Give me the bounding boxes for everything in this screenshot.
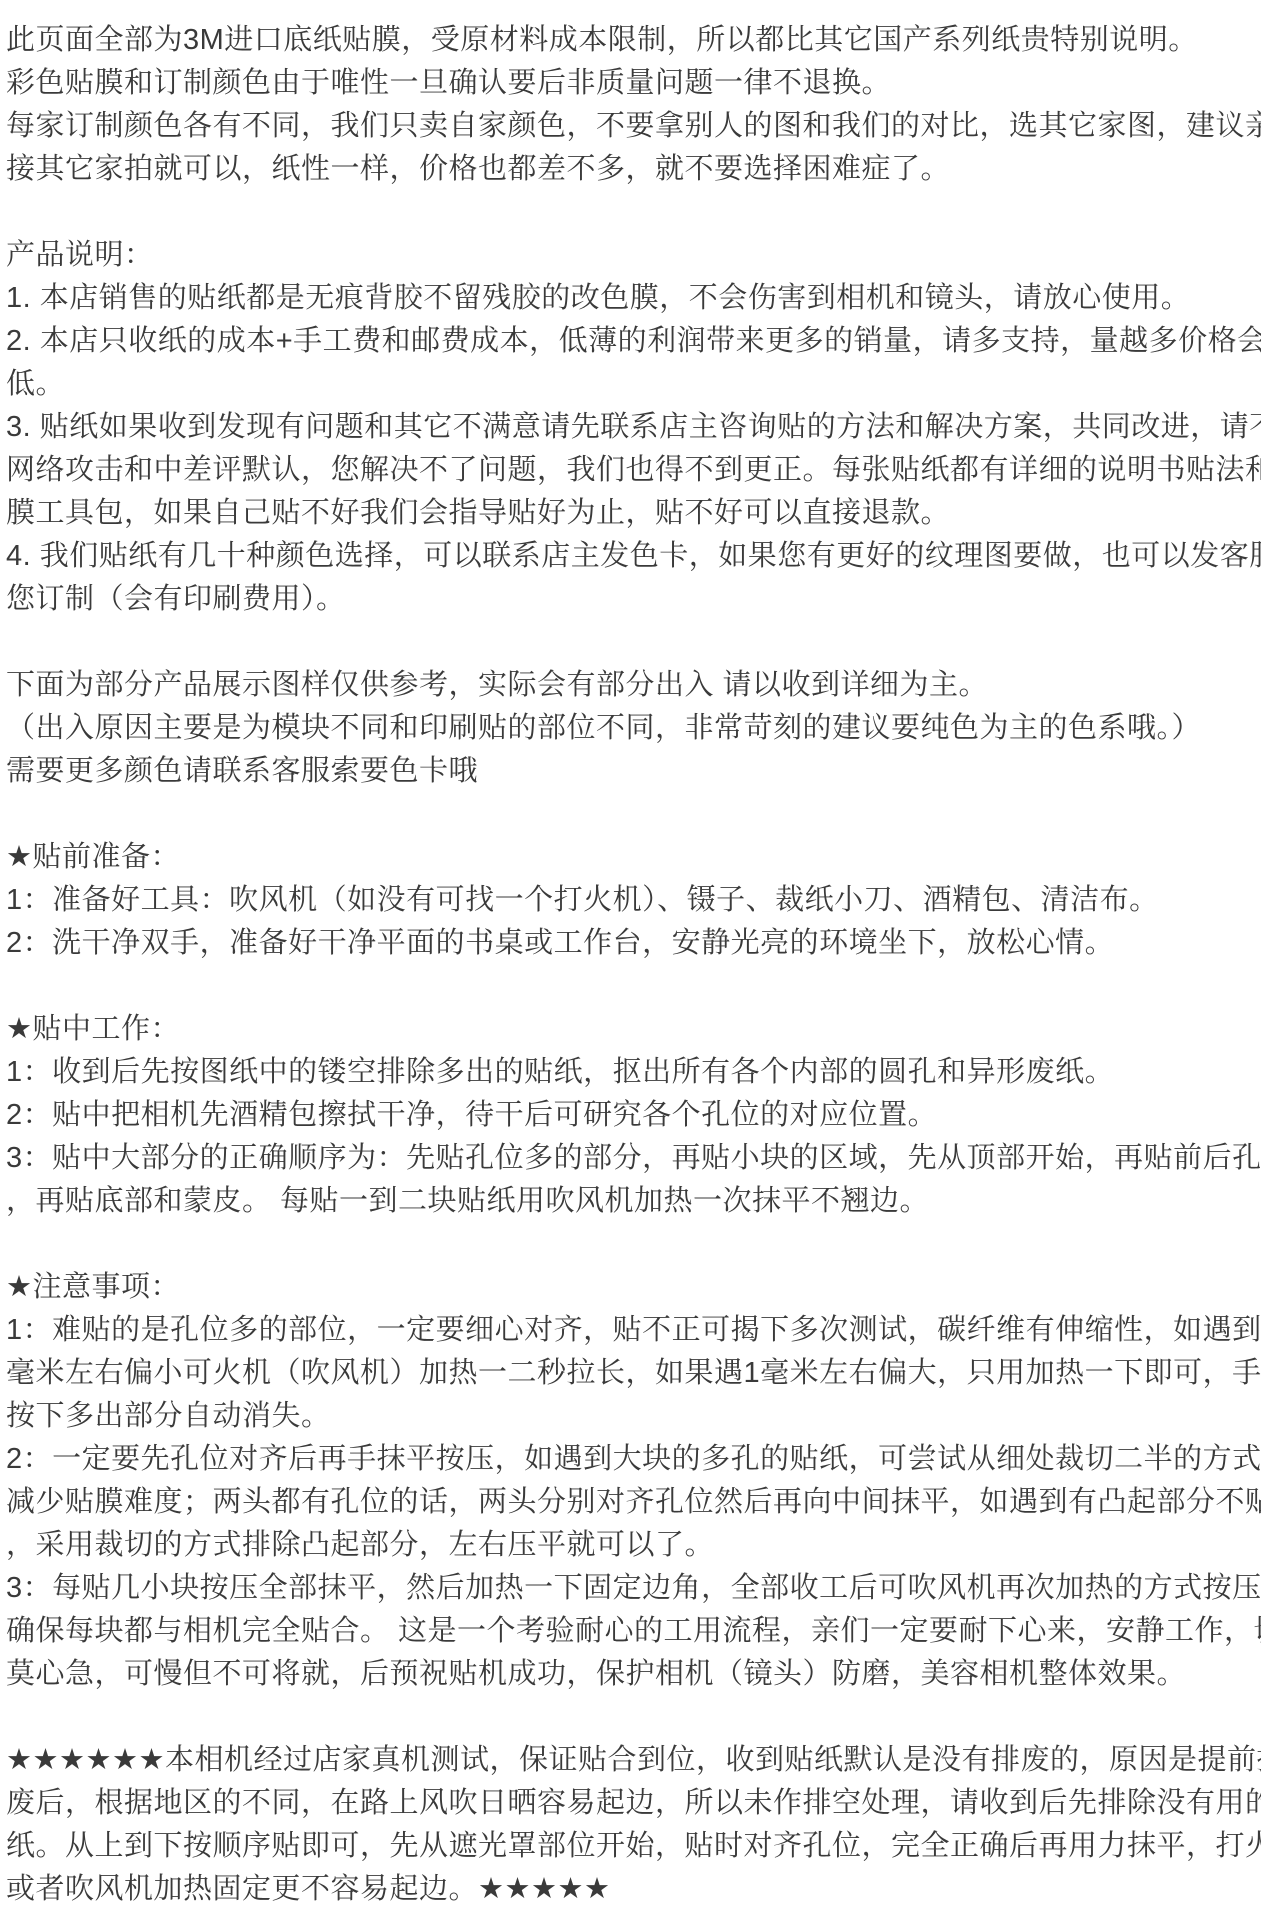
intro-notice-paragraph: 此页面全部为3M进口底纸贴膜，受原材料成本限制，所以都比其它国产系列纸贵特别说明… bbox=[6, 19, 1257, 191]
pre-application-prep-section: ★贴前准备： 1：准备好工具：吹风机（如没有可找一个打火机）、镊子、裁纸小刀、酒… bbox=[6, 836, 1257, 965]
during-application-section: ★贴中工作： 1：收到后先按图纸中的镂空排除多出的贴纸，抠出所有各个内部的圆孔和… bbox=[6, 1008, 1257, 1223]
product-detail-document: 此页面全部为3M进口底纸贴膜，受原材料成本限制，所以都比其它国产系列纸贵特别说明… bbox=[0, 0, 1261, 1911]
precautions-section: ★注意事项： 1：难贴的是孔位多的部位，一定要细心对齐，贴不正可揭下多次测试，碳… bbox=[6, 1266, 1257, 1696]
page: { "page": { "background": "#ffffff", "te… bbox=[0, 0, 1261, 1920]
product-description-section: 产品说明： 1. 本店销售的贴纸都是无痕背胶不留残胶的改色膜，不会伤害到相机和镜… bbox=[6, 234, 1257, 621]
sample-disclaimer-paragraph: 下面为部分产品展示图样仅供参考，实际会有部分出入 请以收到详细为主。 （出入原因… bbox=[6, 664, 1257, 793]
tested-guarantee-paragraph: ★★★★★★本相机经过店家真机测试，保证贴合到位，收到贴纸默认是没有排废的，原因… bbox=[6, 1739, 1257, 1911]
